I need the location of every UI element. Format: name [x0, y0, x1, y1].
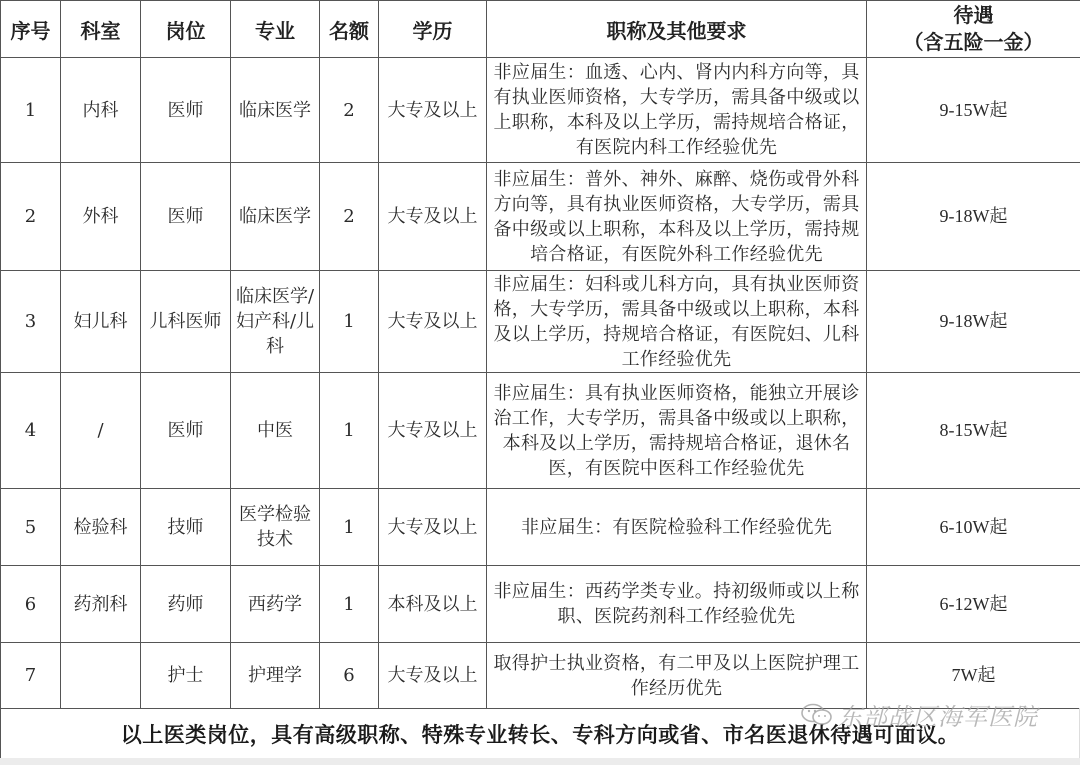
cell-education: 大专及以上 — [379, 271, 487, 373]
cell-position: 医师 — [141, 58, 231, 163]
cell-seq: 6 — [1, 566, 61, 643]
header-quota: 名额 — [320, 1, 379, 58]
table-row: 5 检验科 技师 医学检验技术 1 大专及以上 非应届生：有医院检验科工作经验优… — [1, 489, 1080, 566]
cell-position: 护士 — [141, 643, 231, 709]
cell-major: 临床医学/妇产科/儿科 — [231, 271, 320, 373]
cell-salary: 9-18W起 — [867, 271, 1080, 373]
cell-dept: 药剂科 — [61, 566, 141, 643]
cell-major: 中医 — [231, 373, 320, 489]
cell-quota: 2 — [320, 58, 379, 163]
cell-salary: 6-12W起 — [867, 566, 1080, 643]
header-education: 学历 — [379, 1, 487, 58]
cell-position: 儿科医师 — [141, 271, 231, 373]
cell-seq: 5 — [1, 489, 61, 566]
cell-requirements: 非应届生：有医院检验科工作经验优先 — [487, 489, 867, 566]
bottom-strip — [0, 758, 1080, 765]
table-row: 4 / 医师 中医 1 大专及以上 非应届生：具有执业医师资格，能独立开展诊治工… — [1, 373, 1080, 489]
cell-major: 临床医学 — [231, 58, 320, 163]
cell-requirements: 非应届生：血透、心内、肾内内科方向等，具有执业医师资格，大专学历，需具备中级或以… — [487, 58, 867, 163]
cell-dept: 外科 — [61, 163, 141, 271]
header-position: 岗位 — [141, 1, 231, 58]
cell-quota: 1 — [320, 271, 379, 373]
table-row: 6 药剂科 药师 西药学 1 本科及以上 非应届生：西药学类专业。持初级师或以上… — [1, 566, 1080, 643]
cell-education: 本科及以上 — [379, 566, 487, 643]
header-seq: 序号 — [1, 1, 61, 58]
cell-major: 临床医学 — [231, 163, 320, 271]
cell-salary: 9-15W起 — [867, 58, 1080, 163]
table-row: 3 妇儿科 儿科医师 临床医学/妇产科/儿科 1 大专及以上 非应届生：妇科或儿… — [1, 271, 1080, 373]
recruitment-table: 序号 科室 岗位 专业 名额 学历 职称及其他要求 待遇 （含五险一金） 1 内… — [0, 0, 1080, 709]
cell-requirements: 非应届生：妇科或儿科方向，具有执业医师资格，大专学历，需具备中级或以上职称，本科… — [487, 271, 867, 373]
cell-requirements: 非应届生：普外、神外、麻醉、烧伤或骨外科方向等，具有执业医师资格，大专学历，需具… — [487, 163, 867, 271]
cell-dept — [61, 643, 141, 709]
cell-education: 大专及以上 — [379, 373, 487, 489]
cell-education: 大专及以上 — [379, 58, 487, 163]
cell-position: 医师 — [141, 163, 231, 271]
cell-education: 大专及以上 — [379, 643, 487, 709]
cell-salary: 6-10W起 — [867, 489, 1080, 566]
cell-requirements: 非应届生：西药学类专业。持初级师或以上称职、医院药剂科工作经验优先 — [487, 566, 867, 643]
watermark: 东部战区海军医院 — [800, 697, 1038, 732]
table-header-row: 序号 科室 岗位 专业 名额 学历 职称及其他要求 待遇 （含五险一金） — [1, 1, 1080, 58]
cell-quota: 6 — [320, 643, 379, 709]
cell-seq: 4 — [1, 373, 61, 489]
cell-quota: 1 — [320, 489, 379, 566]
cell-seq: 3 — [1, 271, 61, 373]
cell-position: 技师 — [141, 489, 231, 566]
cell-education: 大专及以上 — [379, 163, 487, 271]
cell-seq: 2 — [1, 163, 61, 271]
header-dept: 科室 — [61, 1, 141, 58]
wechat-icon — [800, 703, 834, 727]
cell-position: 药师 — [141, 566, 231, 643]
cell-major: 西药学 — [231, 566, 320, 643]
cell-position: 医师 — [141, 373, 231, 489]
cell-quota: 1 — [320, 373, 379, 489]
header-salary: 待遇 （含五险一金） — [867, 1, 1080, 58]
cell-major: 医学检验技术 — [231, 489, 320, 566]
table-row: 2 外科 医师 临床医学 2 大专及以上 非应届生：普外、神外、麻醉、烧伤或骨外… — [1, 163, 1080, 271]
cell-education: 大专及以上 — [379, 489, 487, 566]
table-row: 1 内科 医师 临床医学 2 大专及以上 非应届生：血透、心内、肾内内科方向等，… — [1, 58, 1080, 163]
cell-dept: / — [61, 373, 141, 489]
cell-seq: 7 — [1, 643, 61, 709]
watermark-text: 东部战区海军医院 — [838, 697, 1038, 732]
cell-salary: 9-18W起 — [867, 163, 1080, 271]
header-salary-line2: （含五险一金） — [867, 29, 1080, 56]
cell-dept: 检验科 — [61, 489, 141, 566]
cell-quota: 2 — [320, 163, 379, 271]
cell-seq: 1 — [1, 58, 61, 163]
header-requirements: 职称及其他要求 — [487, 1, 867, 58]
cell-requirements: 非应届生：具有执业医师资格，能独立开展诊治工作，大专学历，需具备中级或以上职称，… — [487, 373, 867, 489]
cell-dept: 妇儿科 — [61, 271, 141, 373]
header-major: 专业 — [231, 1, 320, 58]
header-salary-line1: 待遇 — [867, 2, 1080, 29]
cell-dept: 内科 — [61, 58, 141, 163]
cell-major: 护理学 — [231, 643, 320, 709]
cell-salary: 8-15W起 — [867, 373, 1080, 489]
cell-quota: 1 — [320, 566, 379, 643]
